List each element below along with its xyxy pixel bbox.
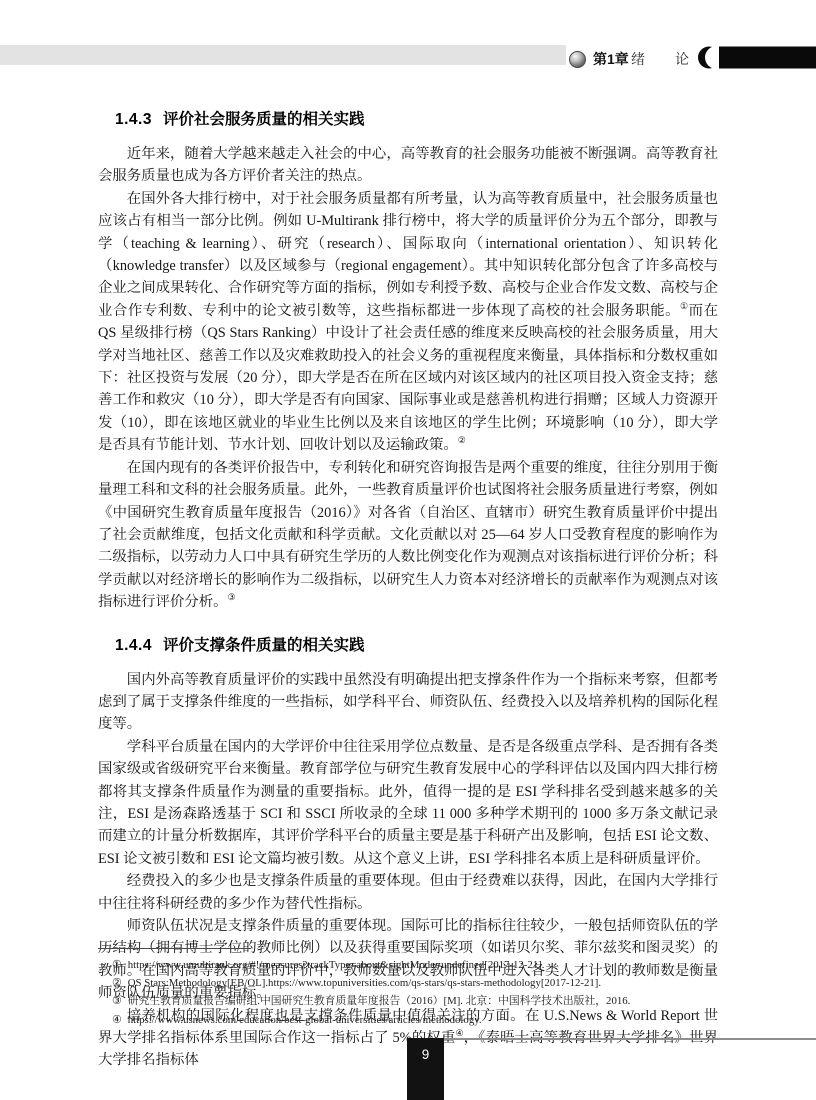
text-run: 近年来，随着大学越来越走入社会的中心，高等教育的社会服务功能被不断强调。高等教育… (98, 146, 718, 184)
section-number: 1.4.3 (115, 111, 152, 128)
section-heading: 1.4.3评价社会服务质量的相关实践 (98, 110, 718, 130)
text-run: 经费投入的多少也是支撑条件质量的重要体现。但由于经费难以获得，因此，在国内大学排… (98, 873, 718, 911)
text-run: 国内外高等教育质量评价的实践中虽然没有明确提出把支撑条件作为一个指标来考察，但都… (98, 672, 718, 733)
footnote-2: ② QS Stars:Methodology[EB/OL].https://ww… (98, 974, 718, 992)
footnotes-block: ① https://www.umultirank.org/#!/measures… (98, 948, 718, 1029)
footnote-text: https://www.umultirank.org/#!/measures?t… (128, 956, 718, 974)
paragraph: 学科平台质量在国内的大学评价中往往采用学位点数量、是否是各级重点学科、是否拥有各… (98, 736, 718, 870)
paragraph: 近年来，随着大学越来越走入社会的中心，高等教育的社会服务功能被不断强调。高等教育… (98, 143, 718, 188)
section-heading: 1.4.4评价支撑条件质量的相关实践 (98, 636, 718, 656)
paragraph: 国内外高等教育质量评价的实践中虽然没有明确提出把支撑条件作为一个指标来考察，但都… (98, 669, 718, 736)
paragraph: 经费投入的多少也是支撑条件质量的重要体现。但由于经费难以获得，因此，在国内大学排… (98, 870, 718, 915)
book-page: 第1章 绪 论 1.4.3评价社会服务质量的相关实践 近年来，随着大学越来越走入… (0, 0, 816, 1100)
body-column: 1.4.3评价社会服务质量的相关实践 近年来，随着大学越来越走入社会的中心，高等… (98, 110, 718, 1072)
chapter-sphere-icon (569, 51, 586, 68)
footnote-marker: ② (112, 974, 122, 992)
chapter-title: 绪 论 (631, 50, 697, 68)
section-number: 1.4.4 (115, 637, 152, 654)
page-number-box: 9 (407, 1038, 444, 1100)
footer-rule (444, 1038, 816, 1040)
footnote-ref: ④ (455, 1028, 463, 1038)
footnote-4: ④ https://www.usnews.com/education/best-… (98, 1011, 718, 1029)
footnote-ref: ③ (228, 592, 236, 602)
footnote-separator (98, 948, 251, 949)
footnote-marker: ③ (112, 992, 122, 1010)
text-run: 而在 QS 星级排行榜（QS Stars Ranking）中设计了社会责任感的维… (98, 303, 718, 453)
footnote-marker: ④ (112, 1011, 122, 1029)
footnote-1: ① https://www.umultirank.org/#!/measures… (98, 956, 718, 974)
text-run: 在国外各大排行榜中，对于社会服务质量都有所考量，认为高等教育质量中，社会服务质量… (98, 191, 718, 319)
section-paragraphs: 近年来，随着大学越来越走入社会的中心，高等教育的社会服务功能被不断强调。高等教育… (98, 143, 718, 614)
footnote-3: ③ 研究生教育质量报告编研组.中国研究生教育质量年度报告（2016）[M]. 北… (98, 992, 718, 1010)
text-run: 在国内现有的各类评价报告中，专利转化和研究咨询报告是两个重要的维度，往往分别用于… (98, 460, 718, 610)
header-gray-bar (0, 45, 566, 65)
section-1-4-3: 1.4.3评价社会服务质量的相关实践 近年来，随着大学越来越走入社会的中心，高等… (98, 110, 718, 614)
footnote-text: 研究生教育质量报告编研组.中国研究生教育质量年度报告（2016）[M]. 北京：… (128, 992, 718, 1010)
chapter-label: 第1章 (593, 50, 629, 68)
footnote-marker: ① (112, 956, 122, 974)
footnote-text: https://www.usnews.com/education/best-gl… (128, 1011, 718, 1029)
section-title: 评价支撑条件质量的相关实践 (163, 637, 365, 654)
footnote-ref: ② (458, 435, 466, 445)
footnote-text: QS Stars:Methodology[EB/OL].https://www.… (128, 974, 718, 992)
paragraph: 在国外各大排行榜中，对于社会服务质量都有所考量，认为高等教育质量中，社会服务质量… (98, 188, 718, 457)
footnote-ref: ① (680, 301, 689, 311)
page-number: 9 (407, 1047, 444, 1062)
section-title: 评价社会服务质量的相关实践 (163, 111, 365, 128)
header-ribbon-icon (698, 46, 816, 69)
paragraph: 在国内现有的各类评价报告中，专利转化和研究咨询报告是两个重要的维度，往往分别用于… (98, 457, 718, 614)
text-run: 学科平台质量在国内的大学评价中往往采用学位点数量、是否是各级重点学科、是否拥有各… (98, 739, 718, 867)
